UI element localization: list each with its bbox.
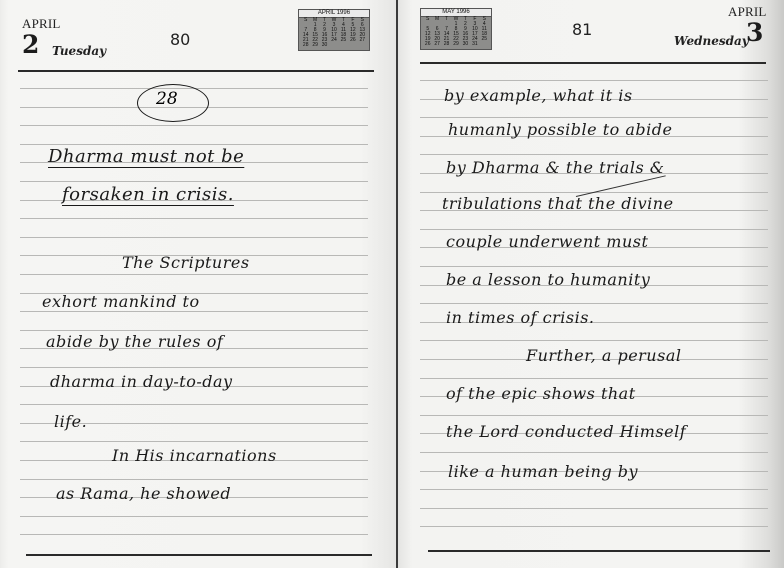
ruled-line: [420, 489, 768, 490]
calendar-grid: SMTWTFS123456789101112131415161718192021…: [421, 17, 491, 47]
day-name: Tuesday: [52, 44, 106, 58]
ruled-line: [420, 266, 768, 267]
calendar-cell: 28: [301, 43, 310, 48]
text-line: as Rama, he showed: [56, 484, 231, 503]
day-name: Wednesday: [674, 34, 749, 48]
text-line: in times of crisis.: [446, 308, 594, 327]
footer-rule: [26, 554, 372, 556]
ruled-line: [20, 125, 368, 126]
entry-number-circle: 28: [137, 84, 209, 122]
text-line: The Scriptures: [122, 253, 250, 272]
ruled-line: [20, 218, 368, 219]
text-line: humanly possible to abide: [448, 120, 672, 139]
mini-calendar-may: MAY 1996 SMTWTFS123456789101112131415161…: [420, 8, 492, 50]
calendar-cell: 27: [432, 42, 441, 47]
heading-line-1: Dharma must not be: [48, 146, 244, 167]
ruled-line: [420, 340, 768, 341]
ruled-line: [420, 117, 768, 118]
calendar-cell: [339, 43, 348, 48]
ruled-line: [420, 378, 768, 379]
calendar-grid: SMTWTFS123456789101112131415161718192021…: [299, 18, 369, 48]
ruled-line: [20, 330, 368, 331]
ruled-line: [420, 80, 768, 81]
ruled-line: [20, 534, 368, 535]
ruled-line: [20, 237, 368, 238]
ruled-line: [20, 144, 368, 145]
text-line: by Dharma & the trials &: [446, 158, 665, 177]
text-line: the Lord conducted Himself: [446, 422, 686, 441]
calendar-cell: [480, 42, 489, 47]
day-number: 2: [22, 32, 39, 57]
entry-number: 28: [156, 89, 178, 109]
text-line: tribulations that the divine: [442, 194, 674, 213]
ruled-line: [420, 415, 768, 416]
page-number: 81: [572, 20, 592, 39]
text-line: by example, what it is: [444, 86, 633, 105]
text-line: Further, a perusal: [526, 346, 681, 365]
ruled-line: [20, 516, 368, 517]
calendar-cell: [329, 43, 338, 48]
text-line: couple underwent must: [446, 232, 648, 251]
header-rule: [18, 70, 374, 72]
text-line: abide by the rules of: [46, 332, 223, 351]
calendar-cell: [348, 43, 357, 48]
page-number: 80: [170, 30, 190, 49]
text-line: exhort mankind to: [42, 292, 200, 311]
footer-rule: [428, 550, 770, 552]
ruled-line: [20, 367, 368, 368]
text-line: like a human being by: [448, 462, 638, 481]
text-line: dharma in day-to-day: [50, 372, 233, 391]
calendar-cell: 28: [442, 42, 451, 47]
text-line: be a lesson to humanity: [446, 270, 650, 289]
calendar-cell: 31: [470, 42, 479, 47]
calendar-cell: [358, 43, 367, 48]
ruled-line: [420, 452, 768, 453]
ruled-line: [20, 404, 368, 405]
header-rule: [420, 62, 766, 64]
heading-line-2: forsaken in crisis.: [62, 184, 234, 205]
diary-page-left: APRIL 2 Tuesday 80 APRIL 1996 SMTWTFS123…: [0, 0, 396, 568]
ruled-line: [420, 154, 768, 155]
ruled-line: [420, 229, 768, 230]
text-line: In His incarnations: [112, 446, 277, 465]
calendar-cell: 30: [320, 43, 329, 48]
diary-page-right: MAY 1996 SMTWTFS123456789101112131415161…: [398, 0, 784, 568]
ruled-line: [420, 508, 768, 509]
text-line: life.: [54, 412, 87, 431]
ruled-line: [20, 479, 368, 480]
ruled-line: [20, 441, 368, 442]
calendar-cell: 29: [310, 43, 319, 48]
ruled-line: [20, 274, 368, 275]
calendar-cell: 26: [423, 42, 432, 47]
ruled-line: [20, 181, 368, 182]
ruled-line: [420, 526, 768, 527]
ruled-line: [420, 303, 768, 304]
ruled-line: [20, 311, 368, 312]
calendar-cell: 30: [461, 42, 470, 47]
day-number: 3: [746, 20, 763, 45]
mini-calendar-april: APRIL 1996 SMTWTFS1234567891011121314151…: [298, 9, 370, 51]
calendar-cell: 29: [451, 42, 460, 47]
text-line: of the epic shows that: [446, 384, 636, 403]
